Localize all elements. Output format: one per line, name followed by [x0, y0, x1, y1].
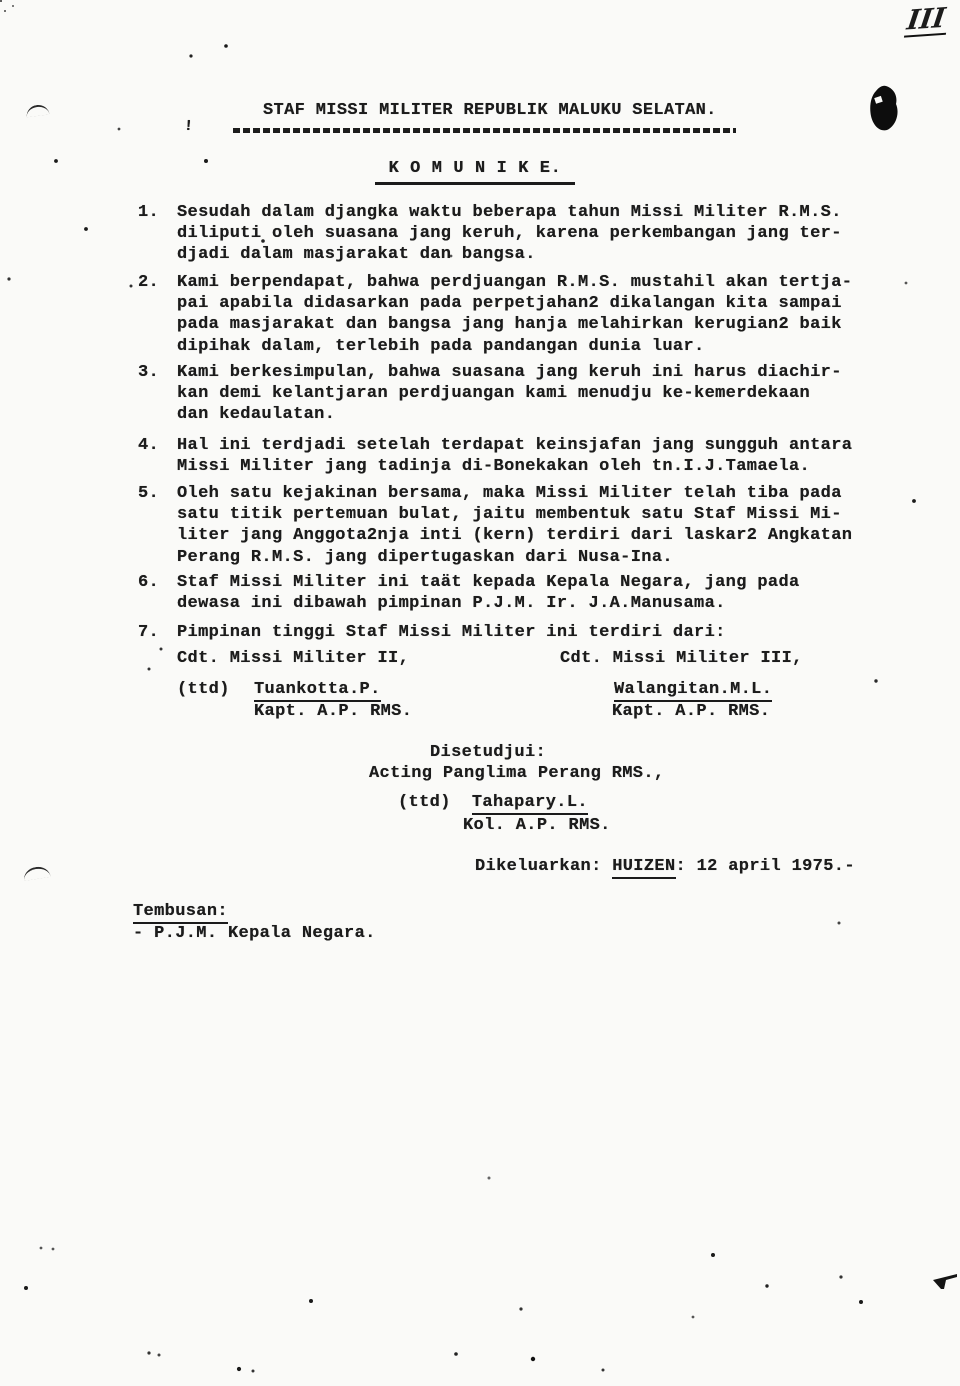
- ttd-label-left: (ttd): [177, 679, 230, 700]
- paragraph-4: 4. Hal ini terdjadi setelah terdapat kei…: [138, 435, 852, 477]
- pen-stroke-mark: [25, 104, 49, 118]
- paragraph-line: Staf Missi Militer ini taät kepada Kepal…: [177, 572, 800, 593]
- signatory-left-role: Cdt. Missi Militer II,: [177, 648, 409, 669]
- item-number: 7.: [138, 622, 177, 643]
- paragraph-6: 6. Staf Missi Militer ini taät kepada Ke…: [138, 572, 800, 614]
- item-number: 4.: [138, 435, 177, 477]
- scanned-document-page: III STAF MISSI MILITER REPUBLIK MALUKU S…: [0, 0, 960, 1386]
- item-number: 6.: [138, 572, 177, 614]
- paragraph-line: dan kedaulatan.: [177, 404, 842, 425]
- approval-rank: Kol. A.P. RMS.: [463, 815, 611, 836]
- paragraph-line: pada masjarakat dan bangsa jang hanja me…: [177, 314, 852, 335]
- ink-blot-mark: [866, 84, 904, 134]
- paragraph-line: Oleh satu kejakinan bersama, maka Missi …: [177, 483, 852, 504]
- paragraph-line: Missi Militer jang tadinja di-Bonekakan …: [177, 456, 852, 477]
- paragraph-line: Perang R.M.S. jang dipertugaskan dari Nu…: [177, 547, 852, 568]
- organization-title: STAF MISSI MILITER REPUBLIK MALUKU SELAT…: [263, 100, 717, 121]
- paragraph-line: Sesudah dalam djangka waktu beberapa tah…: [177, 202, 842, 223]
- signatory-right-role: Cdt. Missi Militer III,: [560, 648, 803, 669]
- signatory-right-name: Walangitan.M.L.: [614, 679, 772, 700]
- paragraph-line: kan demi kelantjaran perdjuangan kami me…: [177, 383, 842, 404]
- scan-noise-specks: [0, 0, 2, 2]
- paragraph-3: 3. Kami berkesimpulan, bahwa suasana jan…: [138, 362, 842, 426]
- approval-name: Tahapary.L.: [472, 793, 588, 815]
- signatory-left-name: Tuankotta.P.: [254, 679, 381, 700]
- paragraph-5: 5. Oleh satu kejakinan bersama, maka Mis…: [138, 483, 852, 568]
- paragraph-line: Kami berpendapat, bahwa perdjuangan R.M.…: [177, 272, 852, 293]
- item-number: 2.: [138, 272, 177, 357]
- stray-pen-mark: [933, 1272, 960, 1292]
- document-title: K O M U N I K E.: [375, 158, 575, 185]
- paragraph-line: Hal ini terdjadi setelah terdapat keinsj…: [177, 435, 852, 456]
- ttd-label: (ttd): [398, 793, 451, 812]
- paragraph-line: diliputi oleh suasana jang keruh, karena…: [177, 223, 842, 244]
- paragraph-line: pai apabila didasarkan pada perpetjahan2…: [177, 293, 852, 314]
- paragraph-line: liter jang Anggota2nja inti (kern) terdi…: [177, 525, 852, 546]
- item-number: 3.: [138, 362, 177, 426]
- paragraph-line: dipihak dalam, terlebih pada pandangan d…: [177, 336, 852, 357]
- paragraph-1: 1. Sesudah dalam djangka waktu beberapa …: [138, 202, 842, 266]
- paragraph-2: 2. Kami berpendapat, bahwa perdjuangan R…: [138, 272, 852, 357]
- issued-place: HUIZEN: [612, 857, 675, 879]
- stray-exclamation-mark: !: [183, 116, 194, 138]
- issued-line: Dikeluarkan: HUIZEN: 12 april 1975.-: [475, 856, 855, 877]
- paragraph-7: 7. Pimpinan tinggi Staf Missi Militer in…: [138, 622, 726, 643]
- paragraph-line: Kami berkesimpulan, bahwa suasana jang k…: [177, 362, 842, 383]
- item-number: 5.: [138, 483, 177, 568]
- issued-date: : 12 april 1975.-: [676, 857, 855, 876]
- pen-stroke-mark: [22, 865, 51, 881]
- signatory-right-rank: Kapt. A.P. RMS.: [612, 701, 770, 722]
- item-number: 1.: [138, 202, 177, 266]
- cc-label: Tembusan:: [133, 901, 228, 922]
- paragraph-line: djadi dalam masjarakat dan bangsa.: [177, 244, 842, 265]
- paragraph-line: dewasa ini dibawah pimpinan P.J.M. Ir. J…: [177, 593, 800, 614]
- paragraph-line: satu titik pertemuan bulat, jaitu memben…: [177, 504, 852, 525]
- cc-line: - P.J.M. Kepala Negara.: [133, 923, 376, 944]
- dashed-rule: [233, 128, 736, 133]
- paragraph-line: Pimpinan tinggi Staf Missi Militer ini t…: [177, 622, 726, 643]
- approval-label: Disetudjui:: [430, 742, 546, 763]
- handwritten-page-number: III: [904, 4, 950, 37]
- approval-signature: (ttd) Tahapary.L.: [398, 792, 588, 813]
- issued-prefix: Dikeluarkan:: [475, 857, 602, 876]
- signatory-left-rank: Kapt. A.P. RMS.: [254, 701, 412, 722]
- approval-role: Acting Panglima Perang RMS.,: [369, 763, 664, 784]
